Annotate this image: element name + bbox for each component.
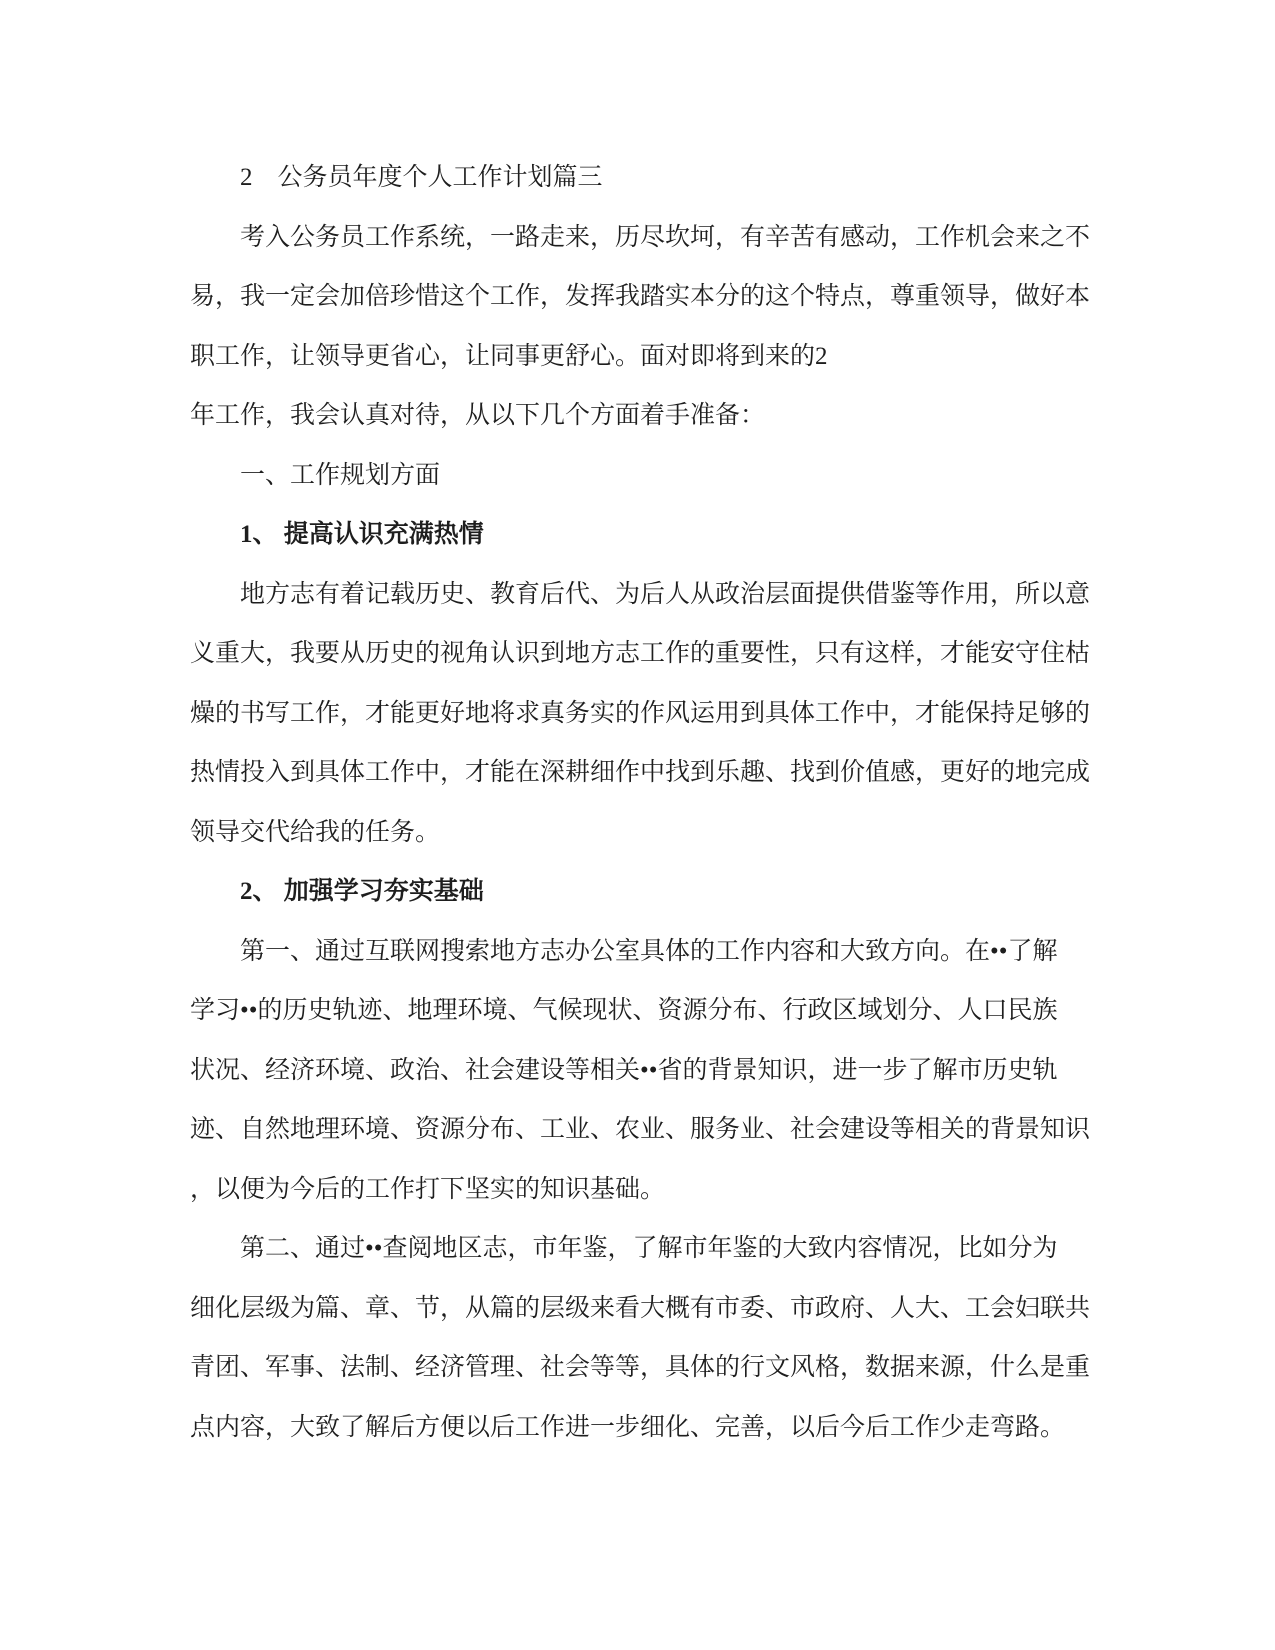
- paragraph-line: 领导交代给我的任务。: [190, 803, 1095, 863]
- doc-title-line: 2 公务员年度个人工作计划篇三: [190, 148, 1095, 208]
- paragraph-line: 细化层级为篇、章、节，从篇的层级来看大概有市委、市政府、人大、工会妇联共: [190, 1279, 1095, 1339]
- paragraph-line: 点内容，大致了解后方便以后工作进一步细化、完善，以后今后工作少走弯路。: [190, 1398, 1095, 1458]
- paragraph-line: 状况、经济环境、政治、社会建设等相关••省的背景知识，进一步了解市历史轨: [190, 1041, 1095, 1101]
- paragraph-line: 易，我一定会加倍珍惜这个工作，发挥我踏实本分的这个特点，尊重领导，做好本: [190, 267, 1095, 327]
- paragraph-line: 燥的书写工作，才能更好地将求真务实的作风运用到具体工作中，才能保持足够的: [190, 684, 1095, 744]
- paragraph-line: 青团、军事、法制、经济管理、社会等等，具体的行文风格，数据来源，什么是重: [190, 1338, 1095, 1398]
- paragraph-line: 第二、通过••查阅地区志，市年鉴，了解市年鉴的大致内容情况，比如分为: [190, 1219, 1095, 1279]
- paragraph-line: 义重大，我要从历史的视角认识到地方志工作的重要性，只有这样，才能安守住枯: [190, 624, 1095, 684]
- section-heading-line: 一、工作规划方面: [190, 446, 1095, 506]
- paragraph-line: 热情投入到具体工作中，才能在深耕细作中找到乐趣、找到价值感，更好的地完成: [190, 743, 1095, 803]
- paragraph-line: 年工作，我会认真对待，从以下几个方面着手准备：: [190, 386, 1095, 446]
- paragraph-line: 职工作，让领导更省心，让同事更舒心。面对即将到来的2: [190, 327, 1095, 387]
- paragraph-line: 考入公务员工作系统，一路走来，历尽坎坷，有辛苦有感动，工作机会来之不: [190, 208, 1095, 268]
- subsection-heading-line: 1、 提高认识充满热情: [190, 505, 1095, 565]
- document-text-block: 2 公务员年度个人工作计划篇三 考入公务员工作系统，一路走来，历尽坎坷，有辛苦有…: [190, 148, 1095, 1457]
- paragraph-line: 地方志有着记载历史、教育后代、为后人从政治层面提供借鉴等作用，所以意: [190, 565, 1095, 625]
- paragraph-line: ，以便为今后的工作打下坚实的知识基础。: [190, 1160, 1095, 1220]
- paragraph-line: 迹、自然地理环境、资源分布、工业、农业、服务业、社会建设等相关的背景知识: [190, 1100, 1095, 1160]
- paragraph-line: 学习••的历史轨迹、地理环境、气候现状、资源分布、行政区域划分、人口民族: [190, 981, 1095, 1041]
- paragraph-line: 第一、通过互联网搜索地方志办公室具体的工作内容和大致方向。在••了解: [190, 922, 1095, 982]
- subsection-heading-line: 2、 加强学习夯实基础: [190, 862, 1095, 922]
- document-page: 2 公务员年度个人工作计划篇三 考入公务员工作系统，一路走来，历尽坎坷，有辛苦有…: [0, 0, 1275, 1650]
